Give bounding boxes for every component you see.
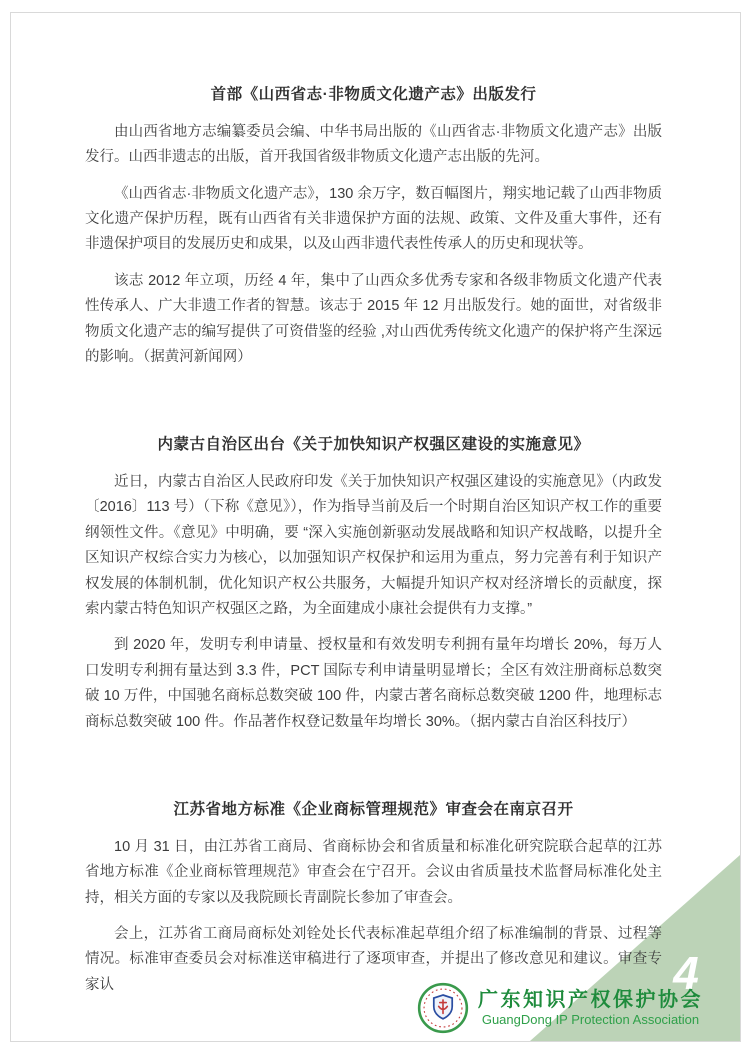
article-shanxi-heritage-volume: 首部《山西省志·非物质文化遗产志》出版发行 由山西省地方志编纂委员会编、中华书局… — [85, 84, 662, 370]
page-footer: 广东知识产权保护协会 GuangDong IP Protection Assoc… — [417, 982, 703, 1034]
article-paragraph: 《山西省志·非物质文化遗产志》，130 余万字，数百幅图片，翔实地记载了山西非物… — [85, 182, 662, 258]
page-content: 首部《山西省志·非物质文化遗产志》出版发行 由山西省地方志编纂委员会编、中华书局… — [85, 0, 662, 998]
article-paragraph: 近日，内蒙古自治区人民政府印发《关于加快知识产权强区建设的实施意见》（内政发〔2… — [85, 470, 662, 622]
article-paragraph: 10 月 31 日，由江苏省工商局、省商标协会和省质量和标准化研究院联合起草的江… — [85, 835, 662, 911]
association-emblem-icon — [417, 982, 469, 1034]
article-title: 江苏省地方标准《企业商标管理规范》审查会在南京召开 — [85, 799, 662, 821]
document-page: 4 首部《山西省志·非物质文化遗产志》出版发行 由山西省地方志编纂委员会编、中华… — [0, 0, 750, 1054]
article-jiangsu-trademark-standard-review: 江苏省地方标准《企业商标管理规范》审查会在南京召开 10 月 31 日，由江苏省… — [85, 799, 662, 998]
article-paragraph: 该志 2012 年立项，历经 4 年，集中了山西众多优秀专家和各级非物质文化遗产… — [85, 269, 662, 371]
article-paragraph: 到 2020 年，发明专利申请量、授权量和有效发明专利拥有量年均增长 20%，每… — [85, 633, 662, 735]
article-inner-mongolia-ip-opinion: 内蒙古自治区出台《关于加快知识产权强区建设的实施意见》 近日，内蒙古自治区人民政… — [85, 434, 662, 735]
article-paragraph: 由山西省地方志编纂委员会编、中华书局出版的《山西省志·非物质文化遗产志》出版发行… — [85, 120, 662, 171]
organization-names: 广东知识产权保护协会 GuangDong IP Protection Assoc… — [478, 988, 703, 1029]
article-title: 内蒙古自治区出台《关于加快知识产权强区建设的实施意见》 — [85, 434, 662, 456]
organization-name-zh: 广东知识产权保护协会 — [478, 988, 703, 1012]
article-title: 首部《山西省志·非物质文化遗产志》出版发行 — [85, 84, 662, 106]
organization-name-en: GuangDong IP Protection Association — [482, 1012, 699, 1029]
